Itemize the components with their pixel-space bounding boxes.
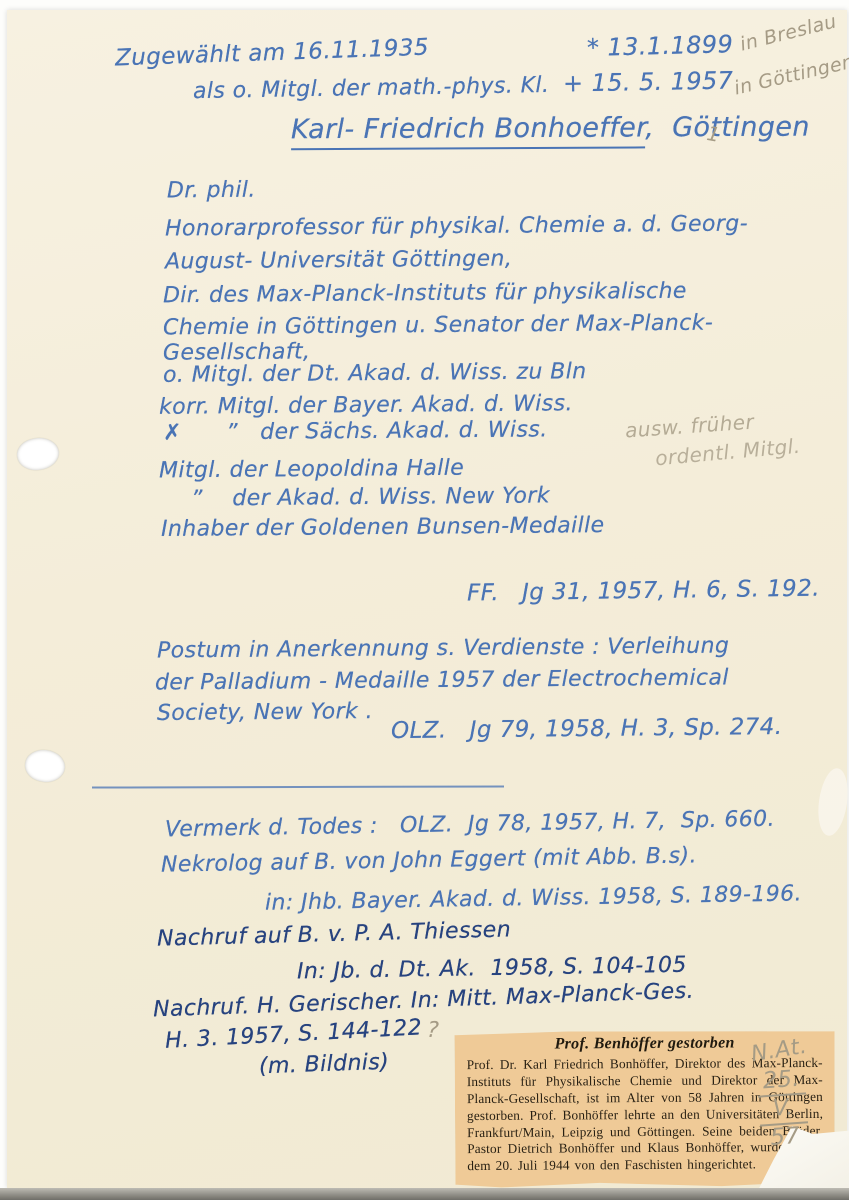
hw-line-nachruf-gerischer: Nachruf. H. Gerischer. In: Mitt. Max-Pla… (153, 979, 695, 1023)
hw-line-postum1: Postum in Anerkennung s. Verdienste : Ve… (157, 634, 729, 664)
hw-line-jb-dt-ak: In: Jb. d. Dt. Ak. 1958, S. 104-105 (297, 953, 687, 985)
pencil-date-month: V. (758, 1095, 808, 1127)
citation-olz-1958: OLZ. Jg 79, 1958, H. 3, Sp. 274. (391, 714, 783, 744)
hw-line-bunsen-medal: Inhaber der Goldenen Bunsen-Medaille (161, 513, 605, 542)
hw-line-bildnis: (m. Bildnis) (259, 1050, 390, 1080)
birth-place-pencil: in Breslau (738, 10, 839, 55)
hw-line-nekrolog: Nekrolog auf B. von John Eggert (mit Abb… (161, 843, 697, 877)
pencil-date-year: 57 (760, 1123, 810, 1152)
person-city: , Göttingen (645, 112, 810, 144)
hw-line-akad-saechs: ✗ ” der Sächs. Akad. d. Wiss. (163, 417, 548, 445)
citation-ff: FF. Jg 31, 1957, H. 6, S. 192. (467, 576, 820, 607)
hw-line-senator: Chemie in Göttingen u. Senator der Max-P… (163, 311, 713, 341)
hw-line-death-note: Vermerk d. Todes : OLZ. Jg 78, 1957, H. … (165, 807, 775, 843)
hw-line-university: August- Universität Göttingen, (165, 246, 512, 274)
pencil-question-mark: ? (426, 1018, 440, 1044)
hw-line-jhb-bayer: in: Jhb. Bayer. Akad. d. Wiss. 1958, S. … (265, 881, 802, 915)
person-name: Karl- Friedrich Bonhoeffer (291, 112, 645, 150)
page-title: Karl- Friedrich Bonhoeffer, Göttingen (255, 81, 810, 177)
pencil-date-day: 25. (756, 1066, 806, 1098)
hole-punch-top (15, 435, 61, 473)
birth-date: * 13.1.1899 (587, 30, 734, 62)
pencil-note-ordentl: ordentl. Mitgl. (654, 434, 801, 471)
scanned-archive-card: { "colors":{ "ink":"#4a74b5", "ink_dark"… (0, 0, 849, 1200)
hw-line-postum3: Society, New York . (157, 699, 373, 726)
hw-line-akad-bayer: korr. Mitgl. der Bayer. Akad. d. Wiss. (159, 391, 573, 420)
hw-line-akad-newyork: ” der Akad. d. Wiss. New York (191, 483, 550, 511)
pencil-note-ausw: ausw. früher (624, 410, 754, 443)
scan-bottom-shadow (0, 1188, 849, 1200)
hw-line-postum2: der Palladium - Medaille 1957 der Electr… (155, 665, 729, 695)
hole-punch-bottom (24, 748, 67, 783)
hw-line-akad-berlin: o. Mitgl. der Dt. Akad. d. Wiss. zu Bln (163, 359, 587, 388)
hw-line-leopoldina: Mitgl. der Leopoldina Halle (159, 456, 464, 484)
divider-line (92, 785, 504, 788)
elected-date-note: Zugewählt am 16.11.1935 (115, 35, 430, 72)
hw-line-nachruf-thiessen: Nachruf auf B. v. P. A. Thiessen (157, 917, 512, 951)
hw-line-professor: Honorarprofessor für physikal. Chemie a.… (165, 211, 748, 241)
pencil-date-note: 25. V. 57 (756, 1066, 810, 1151)
hw-line-mitt-mpg-pages: H. 3. 1957, S. 144-122 (165, 1015, 423, 1053)
hw-line-director: Dir. des Max-Planck-Instituts für physik… (163, 279, 687, 309)
paper-card: Zugewählt am 16.11.1935 als o. Mitgl. de… (7, 10, 847, 1188)
hw-line-degree: Dr. phil. (167, 178, 256, 204)
right-edge-tear (814, 766, 849, 837)
